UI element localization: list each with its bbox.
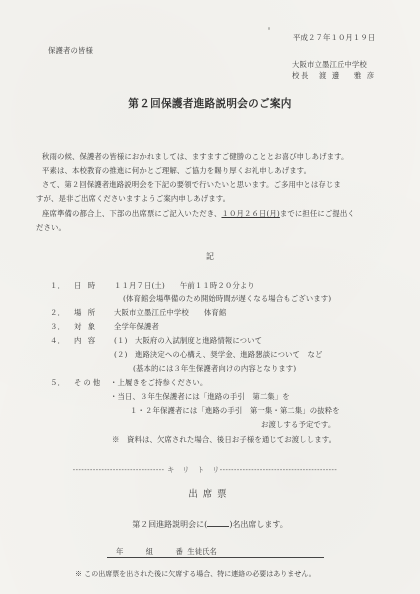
cut-line-label: キ リ ト リ (167, 466, 220, 474)
document-page: 平成２７年１０月１９日 保護者の皆様 大阪市立墨江丘中学校 校長 渡 邊 雅 彦… (0, 0, 420, 594)
attendance-footnote: ※ この出席票を出された後に欠席する場合、特に連絡の必要はありません。 (75, 569, 316, 579)
number-label: 番 (176, 547, 183, 557)
body-paragraph-line: すが、是非ご出席くださいますようご案内申しあげます。 (36, 194, 230, 204)
attendance-count-line: 第２回進路説明会に()名出席します。 (0, 518, 420, 530)
item-number: ４． (50, 336, 74, 346)
cut-line-dashes-left: -------------------------------- (73, 466, 165, 474)
item-note: ※ 資料は、欠席された場合、後日お子様を通じてお渡しします。 (112, 435, 336, 445)
cut-line-dashes-right: ----------------------------------------… (220, 466, 337, 474)
item-target: ３．対 象 (50, 322, 114, 332)
item-number: ２． (50, 308, 74, 318)
item-note: (体育館会場準備のため開始時間が遅くなる場合もございます) (123, 294, 331, 304)
student-name-label: 生徒氏名 (187, 547, 217, 557)
item-value: (２) 進路決定への心構え、奨学金、進路懇談について など (114, 350, 323, 360)
item-label: 場 所 (74, 308, 114, 318)
ki-heading: 記 (0, 251, 420, 262)
item-label: 内 容 (74, 336, 114, 346)
deadline-line-end: ださい。 (36, 223, 66, 233)
deadline-suffix: までに担任にご提出く (280, 209, 355, 218)
item-value: １・２年保護者には「進路の手引 第一集・第二集」の抜粋を (130, 406, 340, 416)
attendance-slip-title: 出席票 (0, 486, 420, 500)
grade-label: 年 (116, 547, 123, 557)
item-label: 日 時 (74, 281, 114, 291)
body-paragraph-line: 平素は、本校教育の推進に何かとご理解、ご協力を賜り厚くお礼申しあげます。 (42, 166, 311, 176)
principal-name: 校長 渡 邊 雅 彦 (292, 71, 376, 81)
body-paragraph-line: 秋雨の候、保護者の皆様におかれましては、ますますご健勝のこととお喜び申しあげます… (42, 152, 349, 162)
item-number: １． (50, 281, 74, 291)
cut-line: -------------------------------- キ リ ト リ… (30, 465, 380, 475)
scan-speck (268, 27, 270, 30)
body-paragraph-line: さて、第２回保護者進路説明会を下記の要領で行いたいと思います。ご多用中とは存じま (42, 180, 341, 190)
item-label: 対 象 (74, 322, 114, 332)
item-datetime: １．日 時 (50, 281, 114, 291)
attendance-prefix: 第２回進路説明会に( (132, 520, 207, 529)
student-info-field[interactable]: 年 組 番 生徒氏名 (107, 547, 324, 558)
item-value: 全学年保護者 (114, 322, 159, 332)
item-value: (１) 大阪府の入試制度と進路情報について (114, 336, 262, 346)
item-value: ・上履きをご持参ください。 (110, 378, 207, 388)
item-value: １１月７日(土) 午前１１時２０分より (114, 281, 255, 291)
addressee: 保護者の皆様 (48, 46, 93, 56)
item-content: ４．内 容 (50, 336, 114, 346)
item-value: 大阪市立墨江丘中学校 体育館 (114, 308, 226, 318)
document-date: 平成２７年１０月１９日 (293, 33, 375, 43)
item-location: ２．場 所 (50, 308, 114, 318)
item-value: お渡しする予定です。 (261, 420, 335, 430)
class-label: 組 (146, 547, 153, 557)
document-title: 第２回保護者進路説明会のご案内 (0, 96, 420, 111)
school-name: 大阪市立墨江丘中学校 (292, 60, 367, 70)
attendee-count-field[interactable] (207, 518, 229, 527)
item-number: ３． (50, 322, 74, 332)
item-number: ５． (50, 378, 74, 388)
deadline-line: 座席準備の都合上、下部の出席票にご記入いただき、１０月２６日(月)までに担任にご… (42, 209, 355, 219)
item-note: (基本的には３年生保護者向けの内容となります) (133, 364, 296, 374)
item-other: ５．その他 (50, 378, 114, 388)
deadline-prefix: 座席準備の都合上、下部の出席票にご記入いただき、 (42, 209, 221, 218)
deadline-date: １０月２６日(月) (221, 209, 279, 218)
attendance-suffix: )名出席します。 (229, 520, 287, 529)
item-value: ・当日、３年生保護者には「進路の手引 第二集」を (110, 392, 290, 402)
item-label: その他 (74, 378, 114, 388)
